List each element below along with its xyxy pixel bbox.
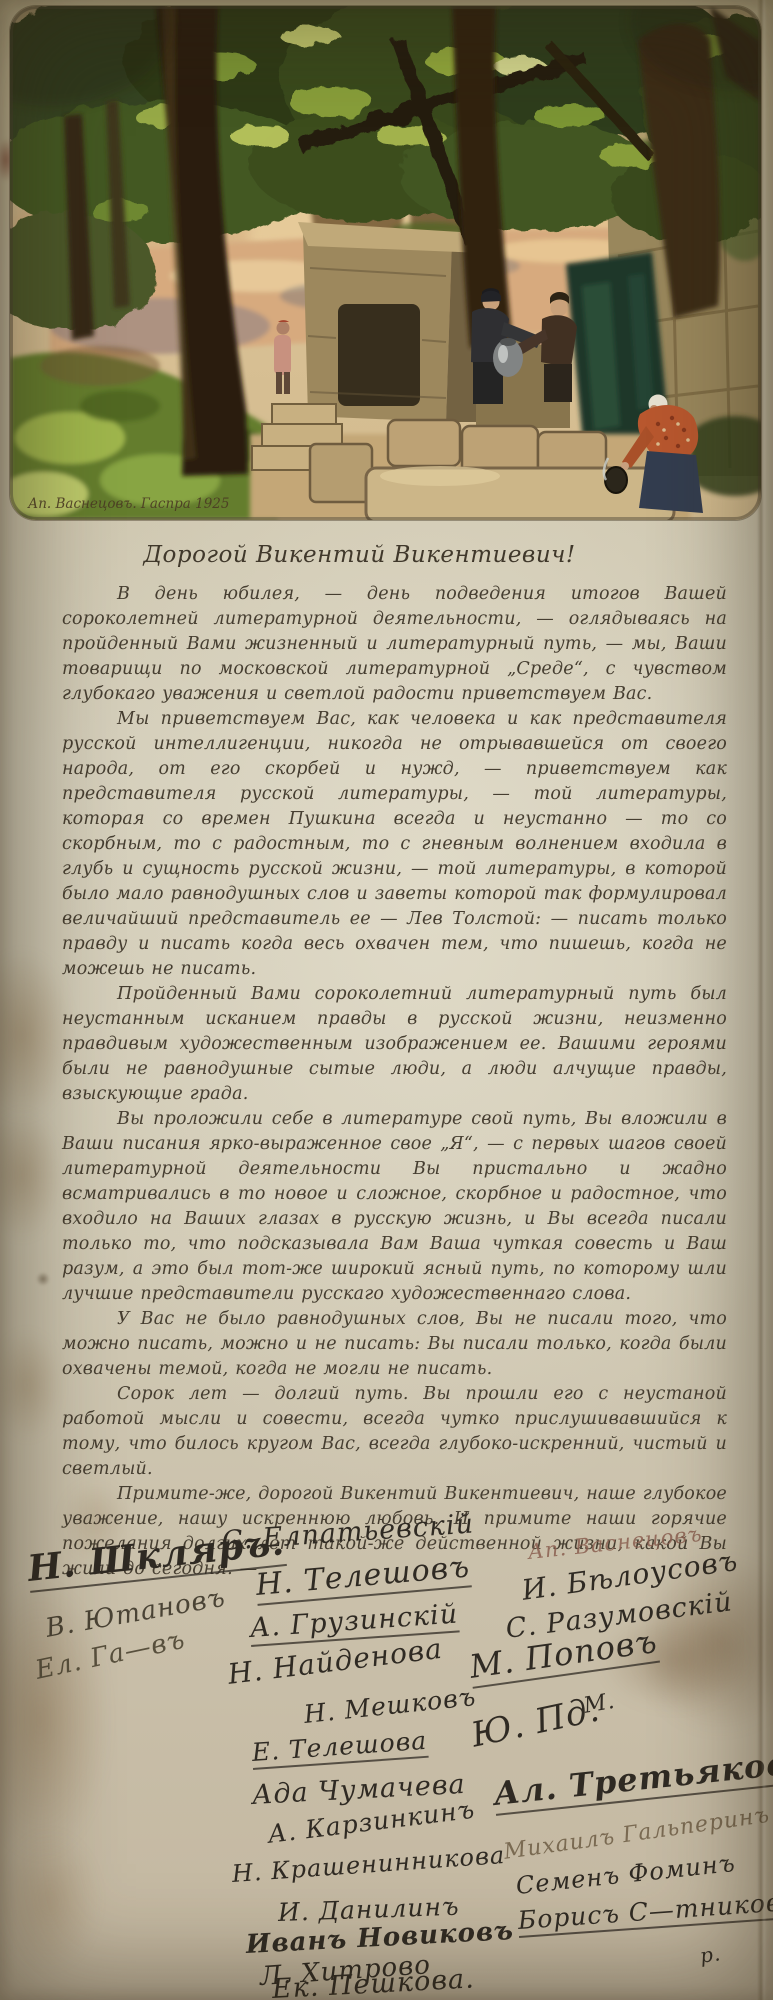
paper-stain [36, 1272, 50, 1286]
letter-paragraph: В день юбилея, — день подведения итогов … [62, 582, 727, 707]
letter-paragraph: Сорок лет — долгий путь. Вы прошли его с… [62, 1382, 727, 1482]
letter-paragraph: У Вас не было равнодушных слов, Вы не пи… [62, 1307, 727, 1382]
letter-paragraph: Пройденный Вами сороколетний литературны… [62, 982, 727, 1107]
paper-stain [0, 1830, 100, 1970]
signature: Е. Телешова [251, 1726, 428, 1770]
paper-stain [0, 1330, 62, 1440]
letter-body: Дорогой Викентий Викентиевич! В день юби… [62, 542, 727, 1582]
letter-paragraph: Мы приветствуем Вас, как человека и как … [62, 707, 727, 982]
paper-stain [0, 1110, 62, 1240]
painting-inscription: Ап. Васнецовъ. Гаспра 1925 [27, 496, 229, 512]
letter-page: Ап. Васнецовъ. Гаспра 1925 Дорогой Викен… [0, 0, 773, 2000]
salutation: Дорогой Викентий Викентиевич! [62, 542, 727, 568]
signature: Н. Мешковъ [302, 1682, 477, 1729]
signature: р. [698, 1941, 722, 1968]
watercolor-scene: Ап. Васнецовъ. Гаспра 1925 [10, 6, 761, 520]
signature: Ал. Третьяковъ [492, 1742, 773, 1816]
signature: Ю. Пд. [468, 1689, 604, 1755]
watercolor-painting: Ап. Васнецовъ. Гаспра 1925 [10, 6, 761, 520]
letter-paragraph: Вы проложили себе в литературе свой путь… [62, 1107, 727, 1307]
